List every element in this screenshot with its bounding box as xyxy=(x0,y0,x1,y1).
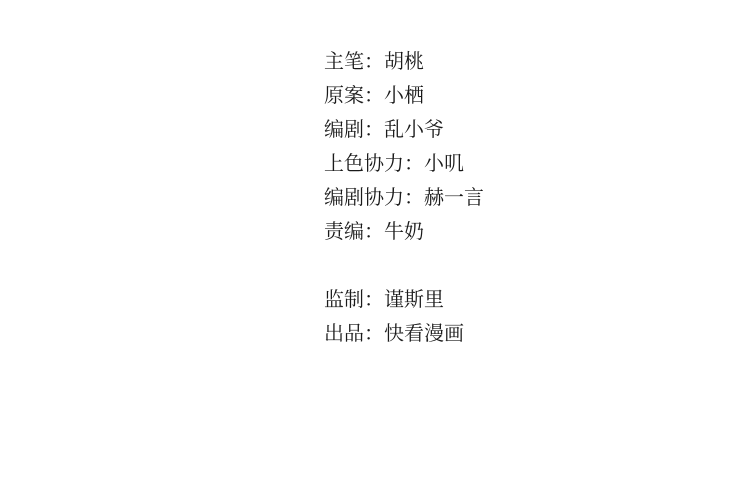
credit-role: 编剧： xyxy=(324,117,384,141)
credit-role: 责编： xyxy=(324,219,384,243)
credit-name: 快看漫画 xyxy=(384,321,464,345)
credit-role: 出品： xyxy=(324,321,384,345)
credit-name: 小叽 xyxy=(424,151,464,175)
credit-line: 主笔：胡桃 xyxy=(324,44,484,78)
credit-line: 编剧协力：赫一言 xyxy=(324,180,484,214)
credit-role: 编剧协力： xyxy=(324,185,424,209)
credits-block: 主笔：胡桃 原案：小栖 编剧：乱小爷 上色协力：小叽 编剧协力：赫一言 责编：牛… xyxy=(324,44,484,350)
spacer xyxy=(324,248,484,282)
credit-line: 责编：牛奶 xyxy=(324,214,484,248)
credit-name: 牛奶 xyxy=(384,219,424,243)
credit-name: 赫一言 xyxy=(424,185,484,209)
credit-role: 原案： xyxy=(324,83,384,107)
credit-line: 上色协力：小叽 xyxy=(324,146,484,180)
credit-line: 出品：快看漫画 xyxy=(324,316,484,350)
credit-line: 监制：谨斯里 xyxy=(324,282,484,316)
credit-line: 编剧：乱小爷 xyxy=(324,112,484,146)
credit-name: 小栖 xyxy=(384,83,424,107)
credit-line: 原案：小栖 xyxy=(324,78,484,112)
credit-name: 胡桃 xyxy=(384,49,424,73)
credit-name: 乱小爷 xyxy=(384,117,444,141)
credit-name: 谨斯里 xyxy=(384,287,444,311)
credit-role: 监制： xyxy=(324,287,384,311)
credit-role: 上色协力： xyxy=(324,151,424,175)
credit-role: 主笔： xyxy=(324,49,384,73)
